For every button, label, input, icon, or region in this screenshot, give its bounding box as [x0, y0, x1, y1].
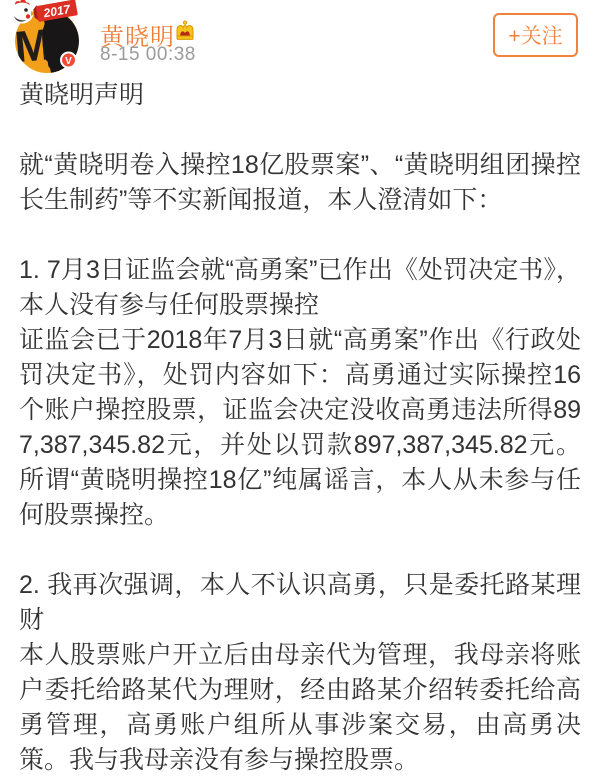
- verified-letter: V: [65, 56, 72, 67]
- weibo-post-page: M 20: [0, 0, 600, 779]
- post-title: 黄晓明声明: [19, 78, 581, 113]
- follow-button[interactable]: +关注: [493, 13, 578, 57]
- avatar[interactable]: M 20: [10, 0, 90, 76]
- vip-crown-icon: [174, 20, 196, 42]
- verified-v-badge-icon: V: [61, 53, 76, 68]
- post-paragraph-point1: 1. 7月3日证监会就“高勇案”已作出《处罚决定书》，本人没有参与任何股票操控 …: [19, 253, 581, 533]
- post-header: M 20: [0, 0, 600, 78]
- post-paragraph-point2: 2. 我再次强调，本人不认识高勇，只是委托路某理财 本人股票账户开立后由母亲代为…: [19, 568, 581, 778]
- post-body: 黄晓明声明 就“黄晓明卷入操控18亿股票案”、“黄晓明组团操控长生制药”等不实新…: [0, 78, 600, 778]
- timestamp: 8-15 00:38: [100, 44, 196, 66]
- post-paragraph-intro: 就“黄晓明卷入操控18亿股票案”、“黄晓明组团操控长生制药”等不实新闻报道，本人…: [19, 148, 581, 218]
